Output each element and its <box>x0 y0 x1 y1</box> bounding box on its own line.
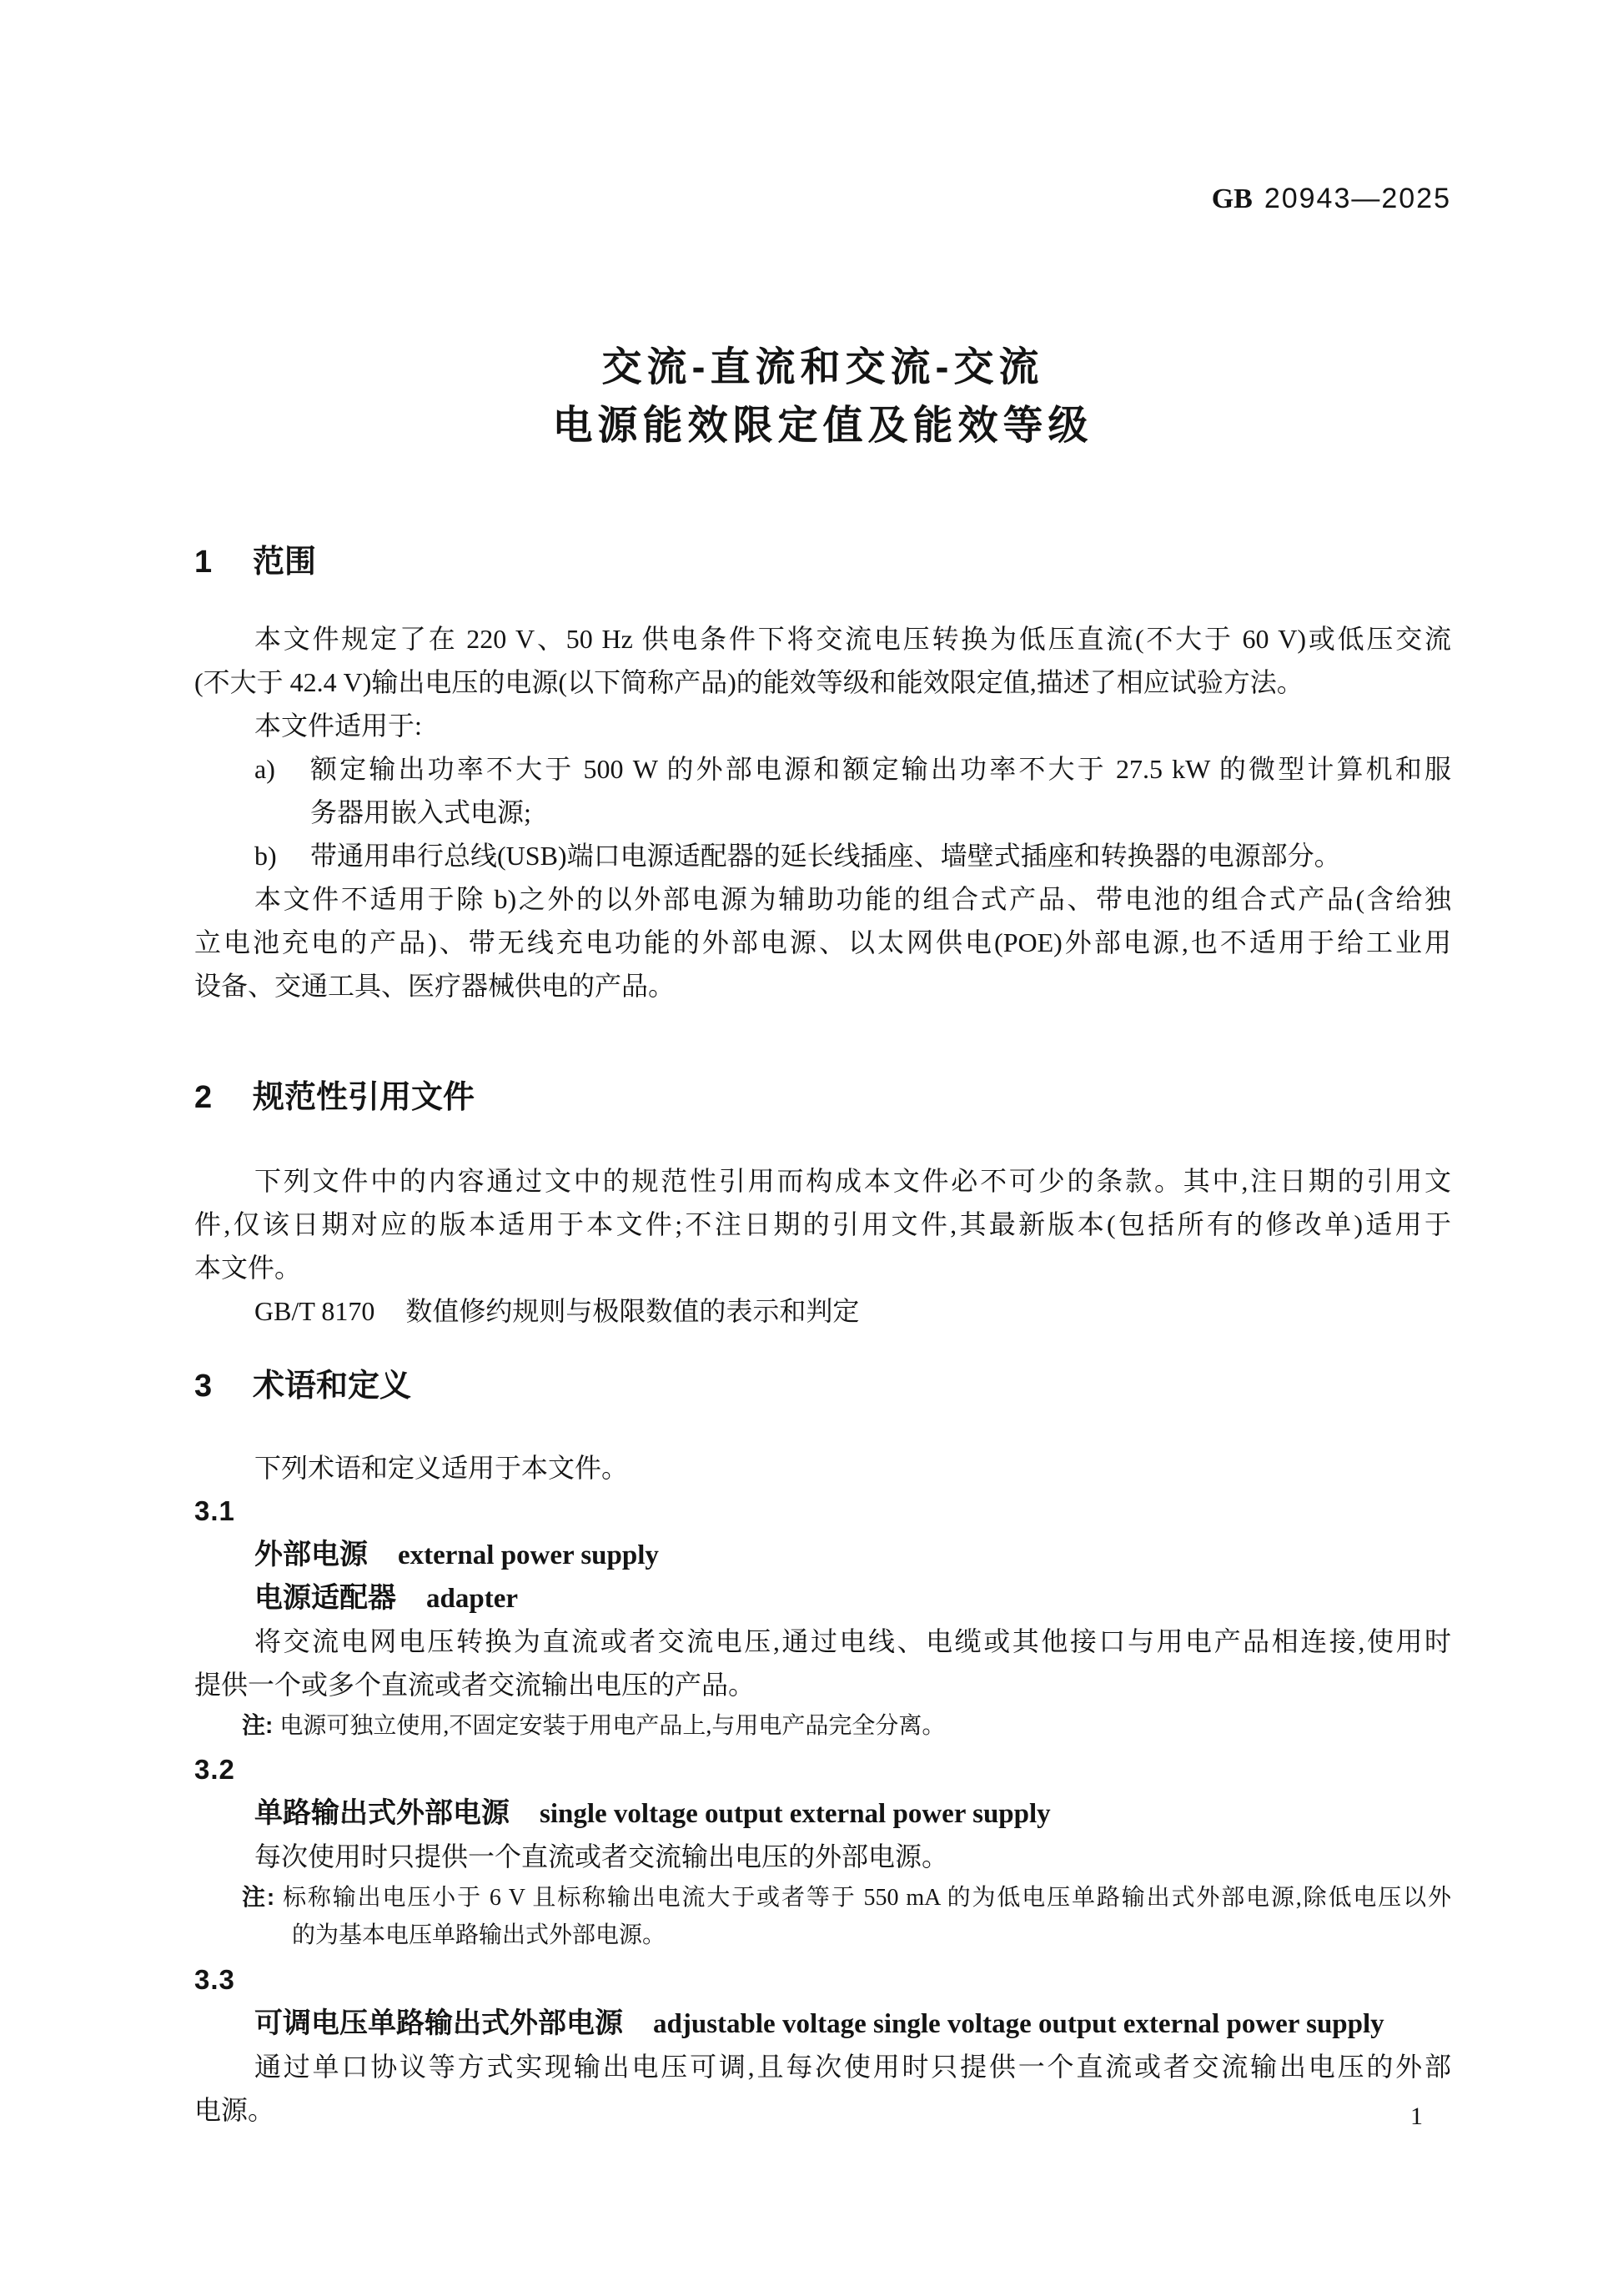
standard-code-number: 20943—2025 <box>1264 183 1451 214</box>
term-3-1-adapter: 电源适配器adapter <box>194 1576 1451 1620</box>
note-label: 注: <box>242 1712 273 1738</box>
term-3-1-external-power-supply: 外部电源external power supply <box>194 1533 1451 1576</box>
note-label: 注: <box>242 1884 274 1910</box>
section-1-number: 1 <box>194 539 253 585</box>
term-en: external power supply <box>398 1540 659 1570</box>
clause-3-3-number: 3.3 <box>194 1958 1451 2002</box>
term-en: adjustable voltage single voltage output… <box>653 2009 1384 2039</box>
term-zh: 单路输出式外部电源 <box>254 1797 510 1829</box>
standard-code-header: GB20943—2025 <box>194 180 1451 217</box>
term-3-1-definition-line: 提供一个或多个直流或者交流输出电压的产品。 <box>194 1663 1451 1706</box>
note-text: 电源可独立使用,不固定安装于用电产品上,与用电产品完全分离。 <box>279 1713 945 1739</box>
normative-ref-paragraph-line: 本文件。 <box>194 1246 1451 1289</box>
section-3-heading: 3术语和定义 <box>194 1363 1451 1409</box>
normative-reference-entry: GB/T 8170数值修约规则与极限数值的表示和判定 <box>194 1289 1451 1333</box>
scope-paragraph-line: (不大于 42.4 V)输出电压的电源(以下简称产品)的能效等级和能效限定值,描… <box>194 661 1451 704</box>
list-item-b-text: 带通用串行总线(USB)端口电源适配器的延长线插座、墙壁式插座和转换器的电源部分… <box>310 841 1341 871</box>
list-item-b-marker: b) <box>254 834 277 877</box>
scope-applies-line: 本文件适用于: <box>194 704 1451 747</box>
term-3-2-definition-line: 每次使用时只提供一个直流或者交流输出电压的外部电源。 <box>194 1835 1451 1878</box>
term-3-3-definition-line: 通过单口协议等方式实现输出电压可调,且每次使用时只提供一个直流或者交流输出电压的… <box>194 2045 1451 2088</box>
list-item-a-line-1: a)额定输出功率不大于 500 W 的外部电源和额定输出功率不大于 27.5 k… <box>194 747 1451 791</box>
section-2-number: 2 <box>194 1074 253 1121</box>
term-3-2-note-line-2: 的为基本电压单路输出式外部电源。 <box>194 1917 1451 1955</box>
scope-paragraph-line: 本文件规定了在 220 V、50 Hz 供电条件下将交流电压转换为低压直流(不大… <box>194 617 1451 661</box>
section-2-title: 规范性引用文件 <box>253 1080 475 1115</box>
section-3-title: 术语和定义 <box>253 1369 411 1404</box>
term-3-3-definition-line: 电源。 <box>194 2088 1451 2132</box>
clause-3-2-number: 3.2 <box>194 1748 1451 1791</box>
list-item-a-marker: a) <box>254 747 275 791</box>
page-content: GB20943—2025 交流-直流和交流-交流 电源能效限定值及能效等级 1范… <box>194 0 1451 2132</box>
term-zh: 可调电压单路输出式外部电源 <box>254 2007 623 2039</box>
document-title: 交流-直流和交流-交流 电源能效限定值及能效等级 <box>194 339 1451 455</box>
section-1-heading: 1范围 <box>194 539 1451 585</box>
document-title-line-2: 电源能效限定值及能效等级 <box>194 397 1451 455</box>
scope-exclusion-line: 设备、交通工具、医疗器械供电的产品。 <box>194 964 1451 1007</box>
section-2-heading: 2规范性引用文件 <box>194 1074 1451 1121</box>
term-3-1-note: 注:电源可独立使用,不固定安装于用电产品上,与用电产品完全分离。 <box>194 1706 1451 1745</box>
scope-exclusion-line: 立电池充电的产品)、带无线充电功能的外部电源、以太网供电(POE)外部电源,也不… <box>194 921 1451 964</box>
scope-exclusion-line: 本文件不适用于除 b)之外的以外部电源为辅助功能的组合式产品、带电池的组合式产品… <box>194 877 1451 921</box>
term-zh: 外部电源 <box>254 1539 368 1570</box>
terms-intro-line: 下列术语和定义适用于本文件。 <box>194 1446 1451 1490</box>
section-1-title: 范围 <box>253 545 316 580</box>
term-en: adapter <box>426 1584 518 1614</box>
normative-ref-paragraph-line: 下列文件中的内容通过文中的规范性引用而构成本文件必不可少的条款。其中,注日期的引… <box>194 1159 1451 1203</box>
term-en: single voltage output external power sup… <box>540 1799 1051 1829</box>
list-item-a-text: 额定输出功率不大于 500 W 的外部电源和额定输出功率不大于 27.5 kW … <box>310 754 1451 784</box>
page-number: 1 <box>1410 2098 1423 2135</box>
reference-title: 数值修约规则与极限数值的表示和判定 <box>405 1296 859 1326</box>
standard-code-prefix: GB <box>1212 183 1253 214</box>
term-zh: 电源适配器 <box>254 1582 396 1614</box>
normative-ref-paragraph-line: 件,仅该日期对应的版本适用于本文件;不注日期的引用文件,其最新版本(包括所有的修… <box>194 1203 1451 1246</box>
term-3-2-note-line-1: 注:标称输出电压小于 6 V 且标称输出电流大于或者等于 550 mA 的为低电… <box>194 1878 1451 1917</box>
list-item-a-line-2: 务器用嵌入式电源; <box>194 791 1451 834</box>
document-title-line-1: 交流-直流和交流-交流 <box>194 339 1451 397</box>
section-3-number: 3 <box>194 1363 253 1409</box>
term-3-2-single-voltage-output: 单路输出式外部电源single voltage output external … <box>194 1791 1451 1835</box>
term-3-1-definition-line: 将交流电网电压转换为直流或者交流电压,通过电线、电缆或其他接口与用电产品相连接,… <box>194 1620 1451 1663</box>
list-item-b-line-1: b)带通用串行总线(USB)端口电源适配器的延长线插座、墙壁式插座和转换器的电源… <box>194 834 1451 877</box>
note-text: 标称输出电压小于 6 V 且标称输出电流大于或者等于 550 mA 的为低电压单… <box>281 1885 1451 1911</box>
term-3-3-adjustable-voltage: 可调电压单路输出式外部电源adjustable voltage single v… <box>194 2002 1451 2045</box>
document-page: GB20943—2025 交流-直流和交流-交流 电源能效限定值及能效等级 1范… <box>0 0 1623 2296</box>
reference-code: GB/T 8170 <box>254 1296 374 1326</box>
clause-3-1-number: 3.1 <box>194 1490 1451 1533</box>
